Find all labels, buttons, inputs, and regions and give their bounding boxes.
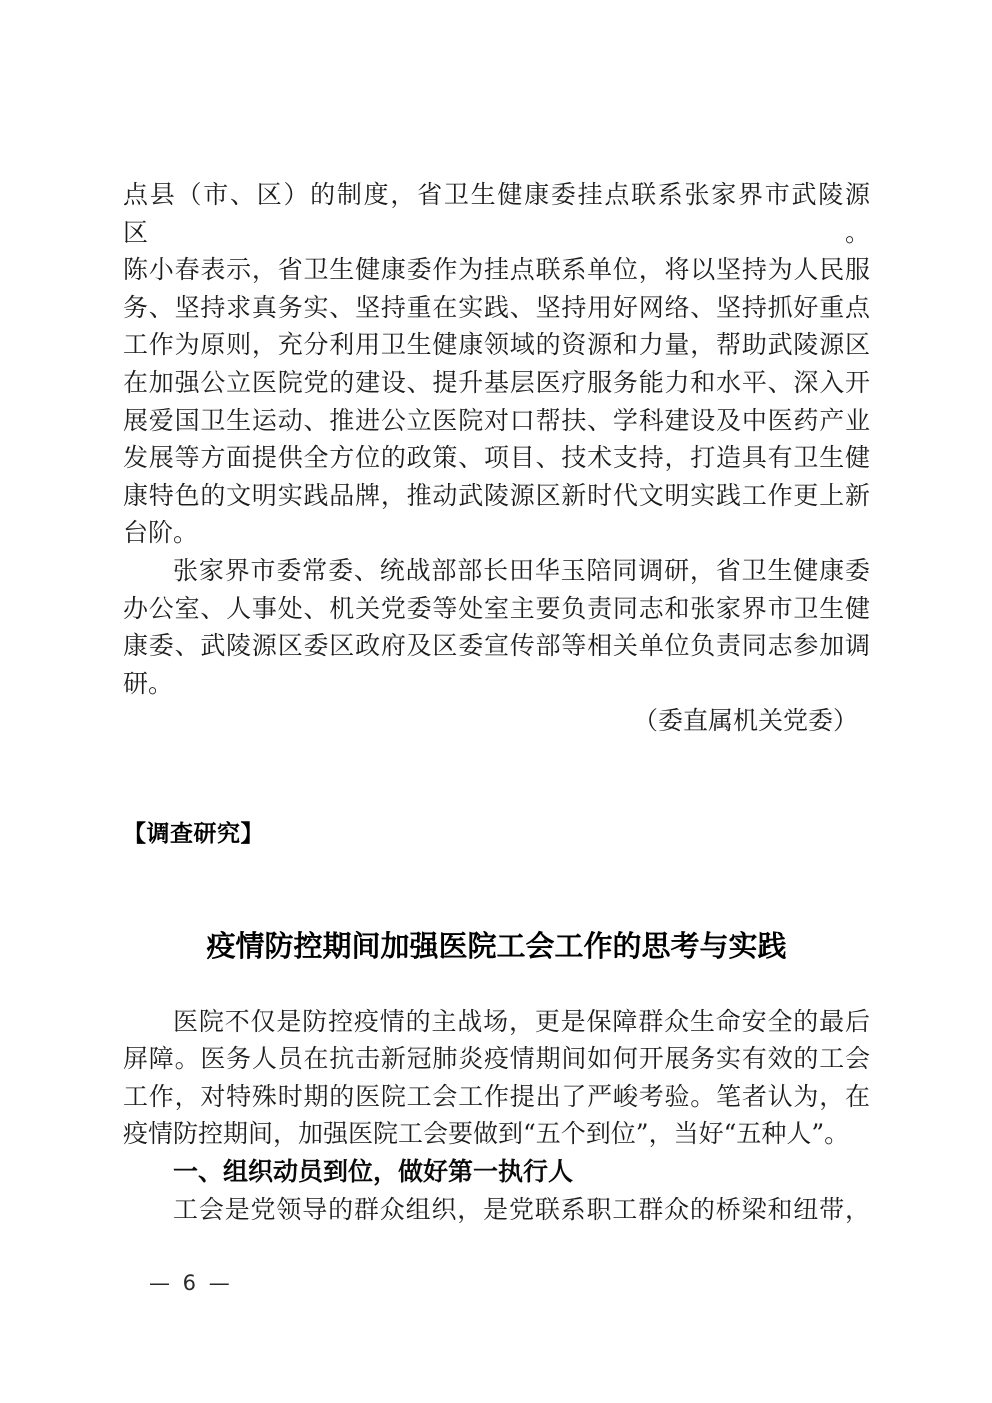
text-line: 发展等方面提供全方位的政策、项目、技术支持，打造具有卫生健 — [123, 439, 870, 477]
text-line: 工会是党领导的群众组织，是党联系职工群众的桥梁和纽带， — [123, 1191, 870, 1229]
text-line: 研。 — [123, 665, 870, 703]
text-line: 疫情防控期间，加强医院工会要做到“五个到位”，当好“五种人”。 — [123, 1115, 870, 1153]
section-heading: 一、组织动员到位，做好第一执行人 — [123, 1153, 870, 1191]
text-line: 屏障。医务人员在抗击新冠肺炎疫情期间如何开展务实有效的工会 — [123, 1040, 870, 1078]
text-line: 点县（市、区）的制度，省卫生健康委挂点联系张家界市武陵源区。 — [123, 176, 870, 251]
text-line: 展爱国卫生运动、推进公立医院对口帮扶、学科建设及中医药产业 — [123, 402, 870, 440]
text-line: 办公室、人事处、机关党委等处室主要负责同志和张家界市卫生健 — [123, 590, 870, 628]
section-banner: 【调查研究】 — [123, 815, 870, 853]
page-content: 点县（市、区）的制度，省卫生健康委挂点联系张家界市武陵源区。 陈小春表示，省卫生… — [123, 176, 870, 1298]
text-line: 张家界市委常委、统战部部长田华玉陪同调研，省卫生健康委 — [123, 552, 870, 590]
article-title: 疫情防控期间加强医院工会工作的思考与实践 — [123, 928, 870, 966]
text-line: 康特色的文明实践品牌，推动武陵源区新时代文明实践工作更上新 — [123, 477, 870, 515]
document-page: 点县（市、区）的制度，省卫生健康委挂点联系张家界市武陵源区。 陈小春表示，省卫生… — [0, 0, 992, 1403]
text-line: 在加强公立医院党的建设、提升基层医疗服务能力和水平、深入开 — [123, 364, 870, 402]
text-line: 务、坚持求真务实、坚持重在实践、坚持用好网络、坚持抓好重点 — [123, 289, 870, 327]
text-line: 陈小春表示，省卫生健康委作为挂点联系单位，将以坚持为人民服 — [123, 251, 870, 289]
signature: （委直属机关党委） — [123, 702, 870, 740]
text-line: 台阶。 — [123, 514, 870, 552]
text-line: 工作，对特殊时期的医院工会工作提出了严峻考验。笔者认为，在 — [123, 1078, 870, 1116]
page-number: — 6 — — [123, 1268, 870, 1298]
text-line: 工作为原则，充分利用卫生健康领域的资源和力量，帮助武陵源区 — [123, 326, 870, 364]
text-line: 康委、武陵源区委区政府及区委宣传部等相关单位负责同志参加调 — [123, 627, 870, 665]
text-line: 医院不仅是防控疫情的主战场，更是保障群众生命安全的最后 — [123, 1003, 870, 1041]
